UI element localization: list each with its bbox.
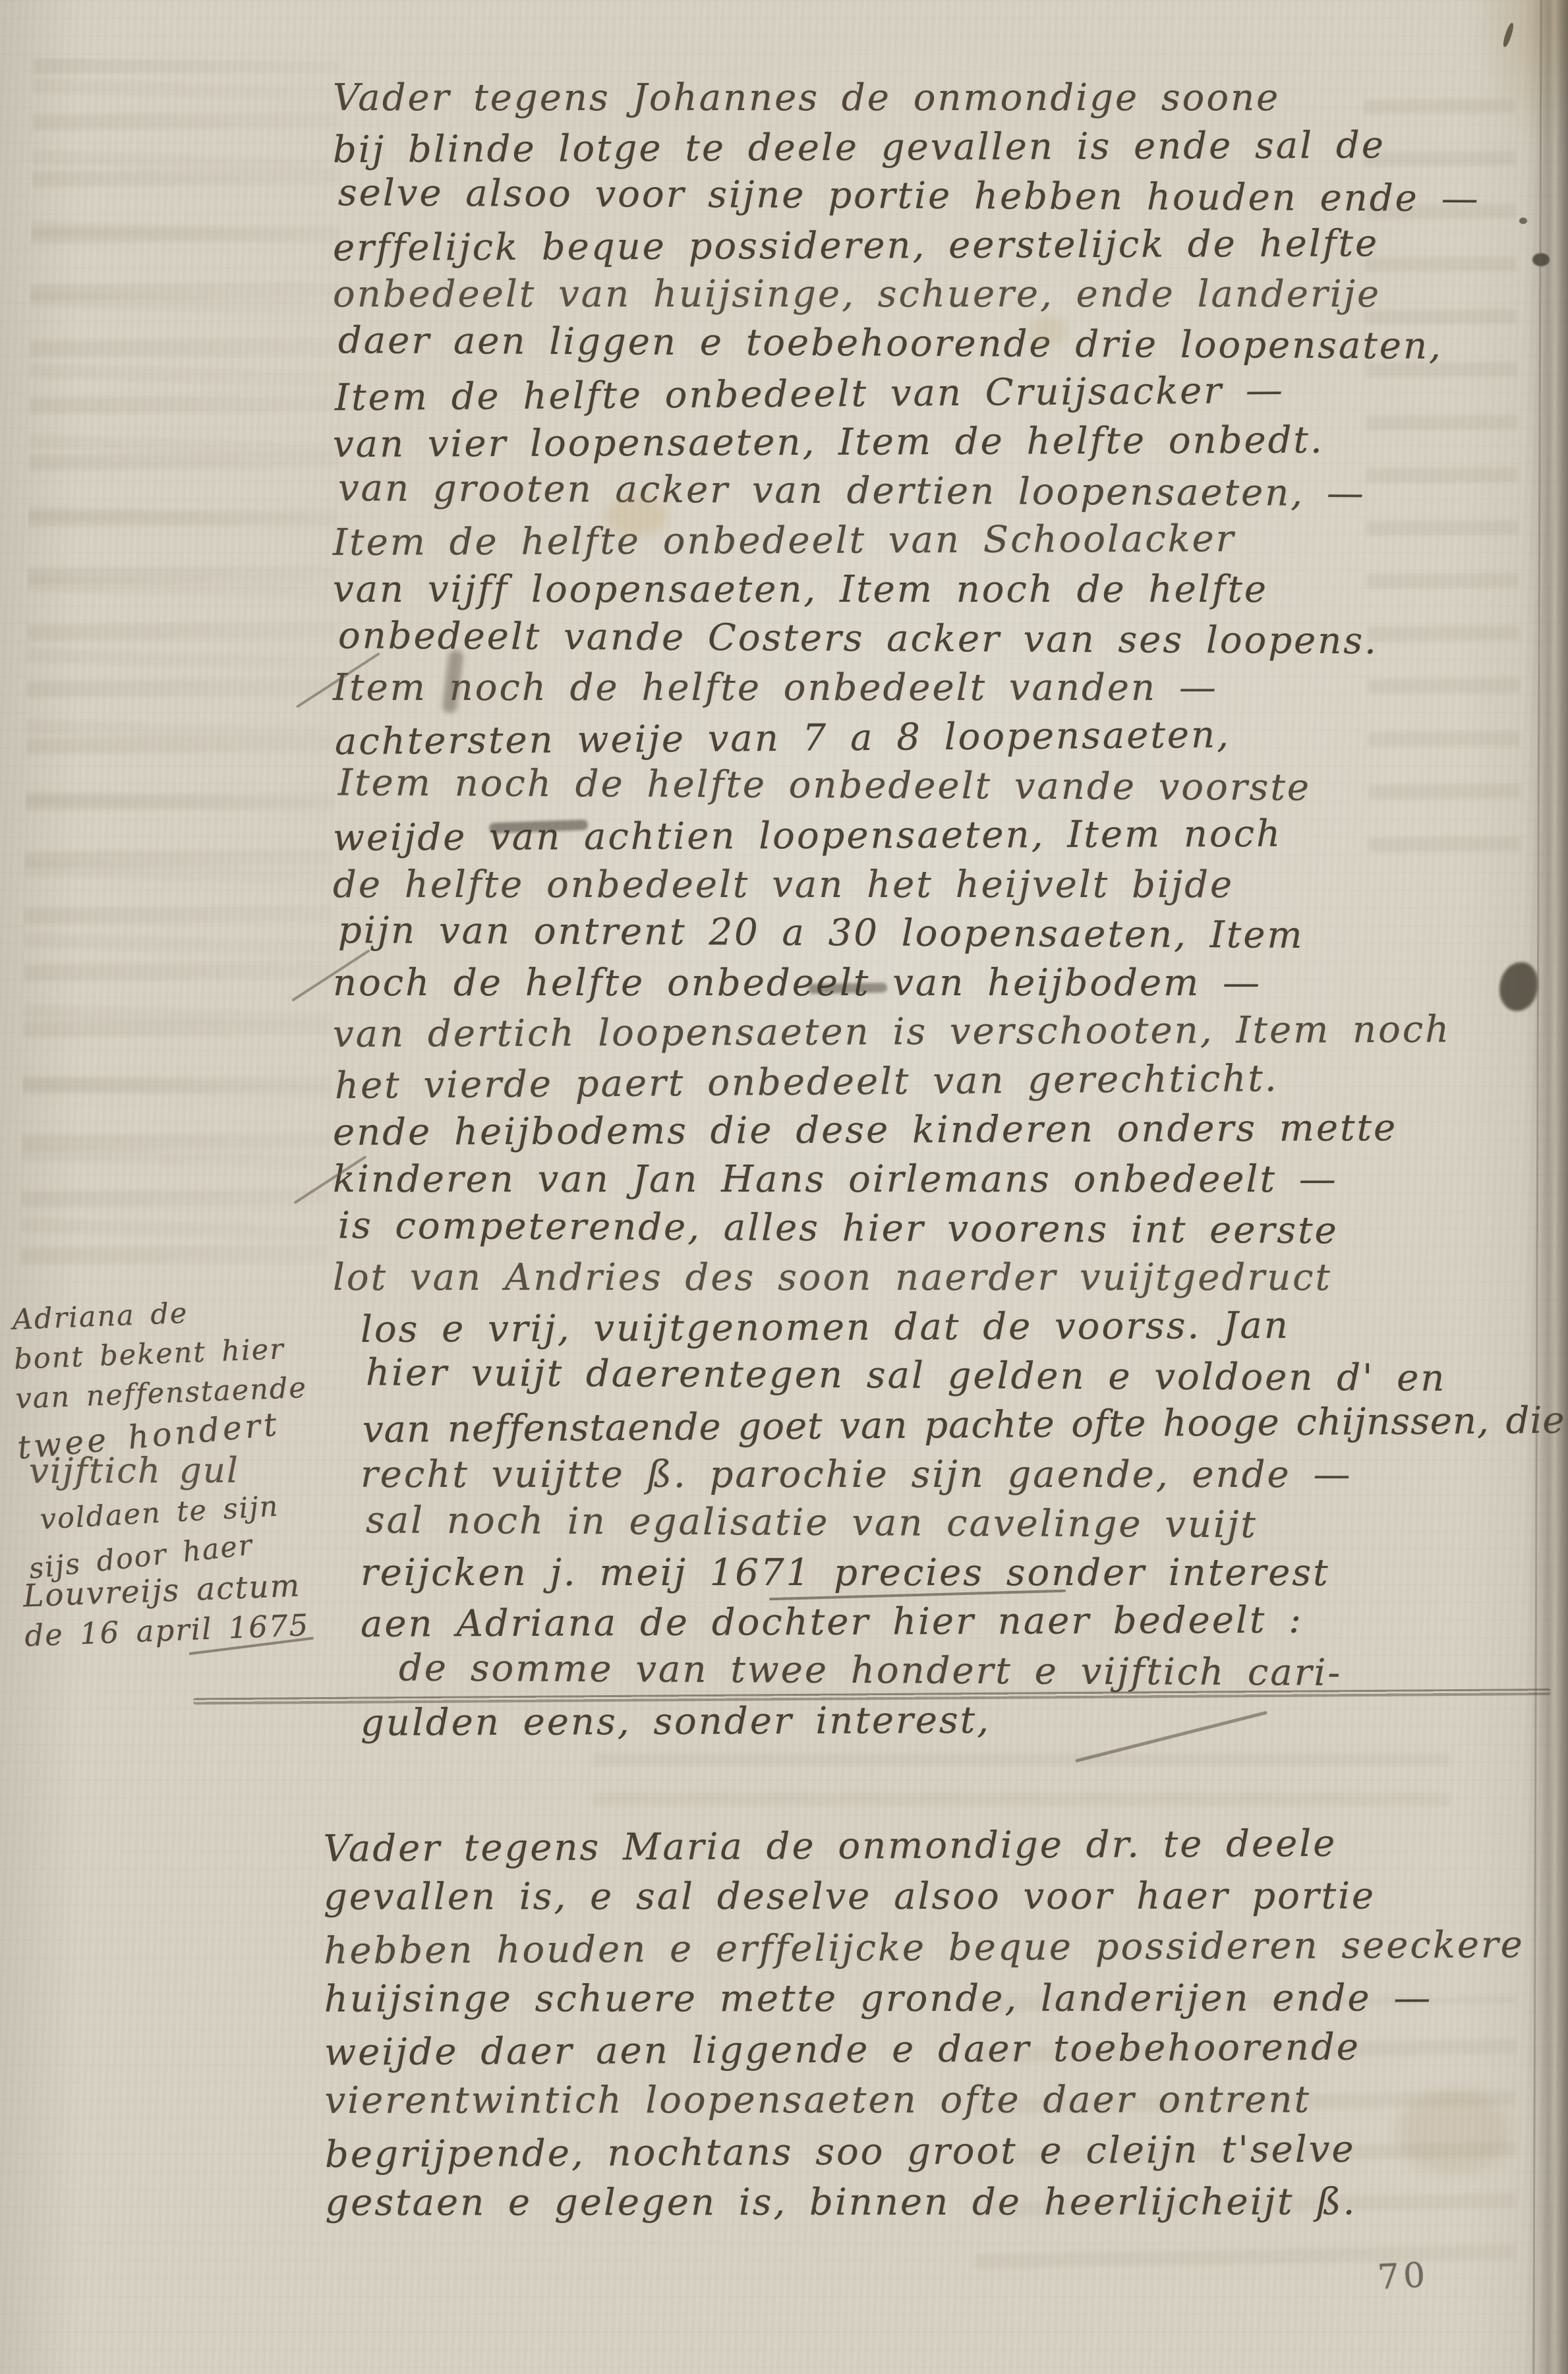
manuscript-line: aen Adriana de dochter hier naer bedeelt…: [361, 1595, 1552, 1649]
manuscript-line: de helfte onbedeelt van het heijvelt bij…: [333, 861, 1552, 910]
manuscript-line: van neffenstaende goet van pachte ofte h…: [363, 1397, 1555, 1455]
manuscript-line: achtersten weije van 7 a 8 loopensaeten,: [335, 708, 1555, 767]
manuscript-line: weijde van achtien loopensaeten, Item no…: [333, 809, 1552, 863]
manuscript-line: van vijff loopensaeten, Item noch de hel…: [333, 565, 1552, 615]
manuscript-line: ende heijbodems die dese kinderen onders…: [333, 1103, 1552, 1158]
manuscript-line: weijde daer aen liggende e daer toebehoo…: [324, 2021, 1557, 2078]
manuscript-line: van grooten acker van dertien loopensaet…: [338, 464, 1557, 519]
manuscript-line: pijn van ontrent 20 a 30 loopensaeten, I…: [338, 906, 1557, 962]
margin-note: Adriana debont bekent hiervan neffenstae…: [12, 1286, 394, 1656]
manuscript-line: gulden eens, sonder interest,: [361, 1694, 1552, 1748]
manuscript-line: gevallen is, e sal deselve alsoo voor ha…: [324, 1870, 1556, 1923]
manuscript-line: los e vrij, vuijtgenomen dat de voorss. …: [361, 1300, 1552, 1354]
manuscript-line: Vader tegens Johannes de onmondige soone: [333, 74, 1552, 123]
manuscript-line: de somme van twee hondert e vijftich car…: [399, 1644, 1557, 1699]
manuscript-line: is competerende, alles hier voorens int …: [338, 1201, 1557, 1257]
manuscript-line: selve alsoo voor sijne portie hebben hou…: [338, 169, 1557, 224]
second-text-block: Vader tegens Maria de onmondige dr. te d…: [323, 1817, 1557, 2231]
manuscript-line: kinderen van Jan Hans oirlemans onbedeel…: [333, 1155, 1552, 1205]
manuscript-line: vierentwintich loopensaeten ofte daer on…: [325, 2075, 1557, 2127]
manuscript-line: Vader tegens Maria de onmondige dr. te d…: [323, 1817, 1555, 1874]
manuscript-line: Item noch de helfte onbedeelt vanden —: [333, 664, 1552, 713]
manuscript-line: sal noch in egalisatie van cavelinge vui…: [366, 1497, 1557, 1552]
manuscript-line: bij blinde lotge te deele gevallen is en…: [333, 121, 1552, 175]
show-through-gap: [593, 1753, 1450, 1806]
deckle-edge: [1524, 0, 1568, 2374]
manuscript-line: hier vuijt daerentegen sal gelden e vold…: [366, 1349, 1557, 1404]
manuscript-line: daer aen liggen e toebehoorende drie loo…: [338, 316, 1557, 372]
manuscript-line: van vier loopensaeten, Item de helfte on…: [333, 415, 1552, 470]
manuscript-line: Item de helfte onbedeelt van Schoolacker: [333, 513, 1552, 568]
folio-number: 70: [1376, 2255, 1430, 2298]
manuscript-line: van dertich loopensaeten is verschooten,…: [333, 1005, 1552, 1060]
manuscript-line: hebben houden e erffelijcke beque possid…: [324, 1919, 1556, 1977]
manuscript-line: onbedeelt vande Costers acker van ses lo…: [338, 612, 1557, 667]
manuscript-line: erffelijck beque possideren, eerstelijck…: [333, 219, 1552, 274]
manuscript-line: recht vuijtte ß. parochie sijn gaende, e…: [361, 1451, 1552, 1500]
manuscript-line: onbedeelt van huijsinge, schuere, ende l…: [333, 270, 1552, 320]
manuscript-line: lot van Andries des soon naerder vuijtge…: [333, 1254, 1552, 1303]
manuscript-line: het vierde paert onbedeelt van gerechtic…: [335, 1053, 1555, 1111]
manuscript-line: Item noch de helfte onbedeelt vande voor…: [338, 759, 1557, 815]
manuscript-line: reijcken j. meij 1671 precies sonder int…: [361, 1549, 1552, 1598]
main-text-block: Vader tegens Johannes de onmondige soone…: [333, 74, 1552, 1745]
manuscript-line: huijsinge schuere mette gronde, landerij…: [324, 1973, 1557, 2025]
manuscript-line: noch de helfte onbedeelt van heijbodem —: [333, 959, 1552, 1008]
show-through-left: [20, 58, 342, 1287]
manuscript-line: gestaen e gelegen is, binnen de heerlijc…: [325, 2176, 1557, 2228]
manuscript-line: Item de helfte onbedeelt van Cruijsacker…: [335, 364, 1555, 422]
manuscript-page: Vader tegens Johannes de onmondige soone…: [0, 0, 1568, 2374]
manuscript-line: begrijpende, nochtans soo groot e cleijn…: [325, 2123, 1557, 2180]
